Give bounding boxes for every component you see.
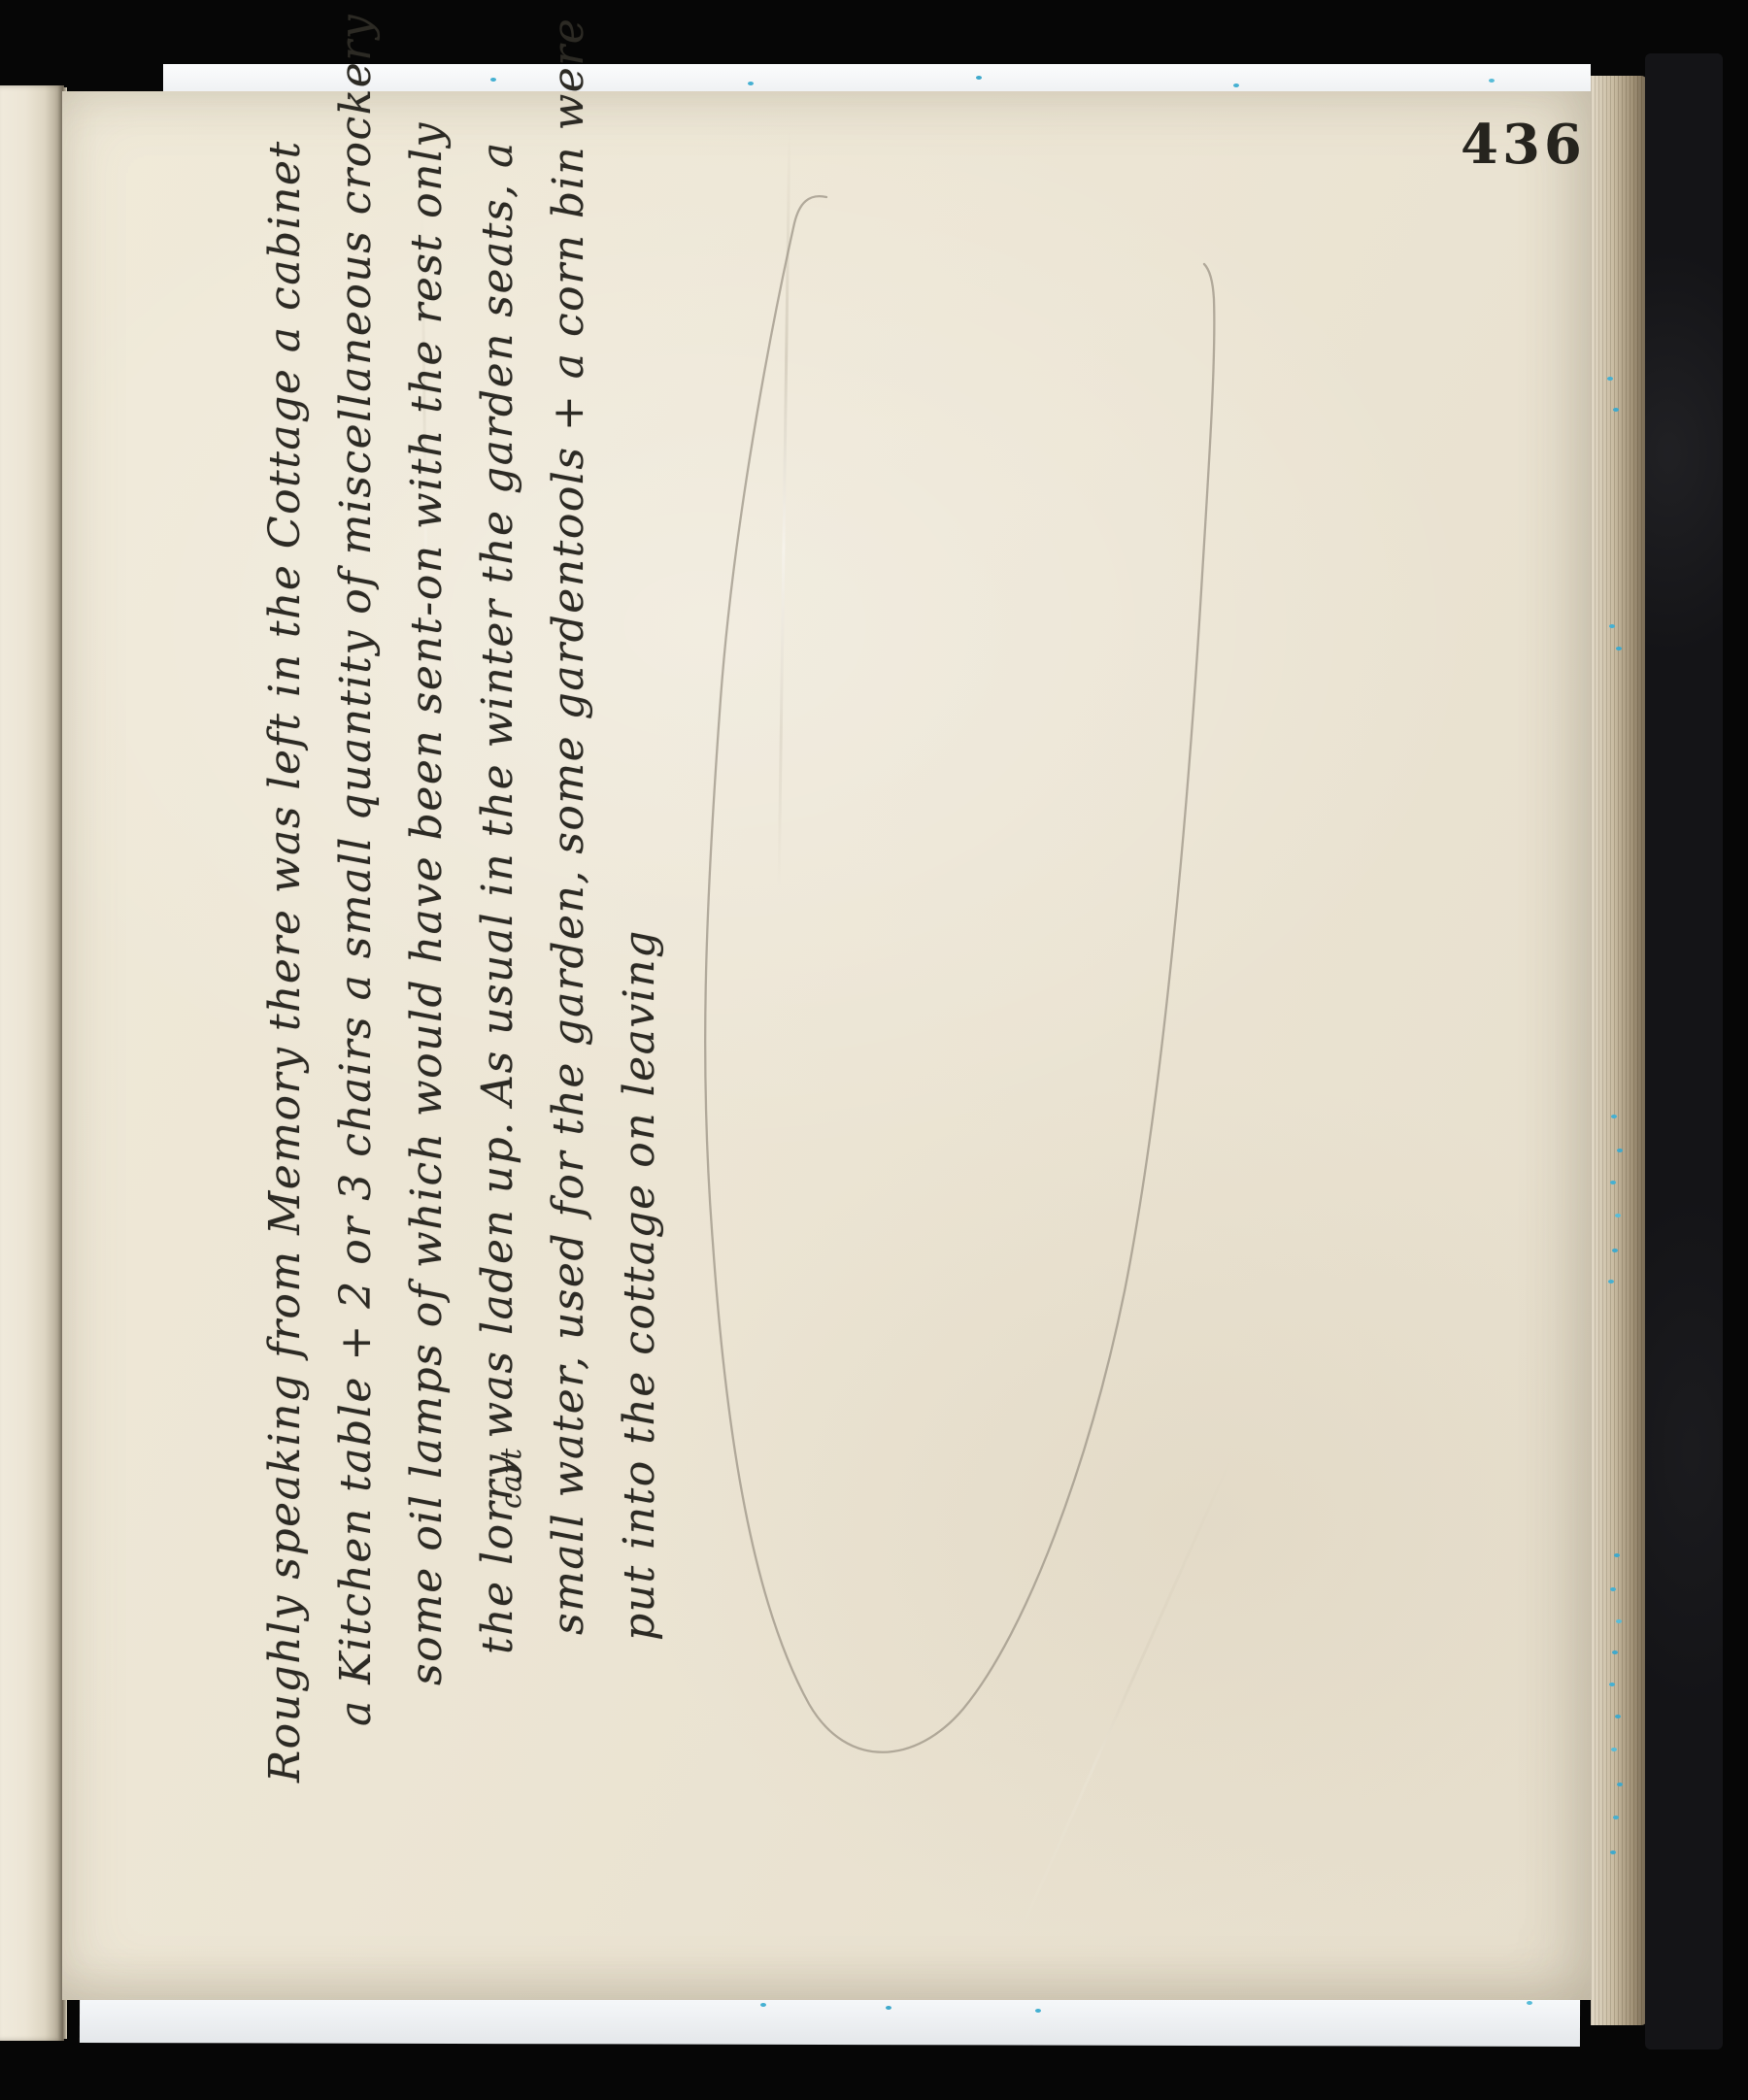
handwritten-text-block: Roughly speaking from Memory there was l… [250,137,706,1783]
page-crease [778,130,791,887]
blue-speckles [1607,377,1613,381]
handwriting-line: the lorry was laden up. As usual in the … [462,137,533,1654]
page-crease [1010,1454,1234,1952]
under-page-bottom-edge [80,1996,1580,2047]
handwriting-line: a Kitchen table + 2 or 3 chairs a small … [320,137,391,1726]
blue-speckles [760,2003,766,2007]
handwriting-line: some oil lamps of which would have been … [391,137,462,1685]
handwriting-line: small water, used for the garden, some g… [533,137,604,1635]
book-scan: 436 Roughly speaking from Memory there w… [0,0,1748,2100]
notebook-page: 436 Roughly speaking from Memory there w… [62,91,1591,2000]
insertion-word: cart [494,1448,527,1509]
page-number: 436 [1461,113,1655,177]
left-page-edge [0,85,64,2041]
book-cover-edge [1645,53,1723,2050]
book-fore-edge [1591,76,1647,2025]
handwriting-line: put into the cottage on leaving [604,137,675,1641]
handwriting-line: Roughly speaking from Memory there was l… [250,137,320,1783]
blue-speckles [490,78,496,82]
